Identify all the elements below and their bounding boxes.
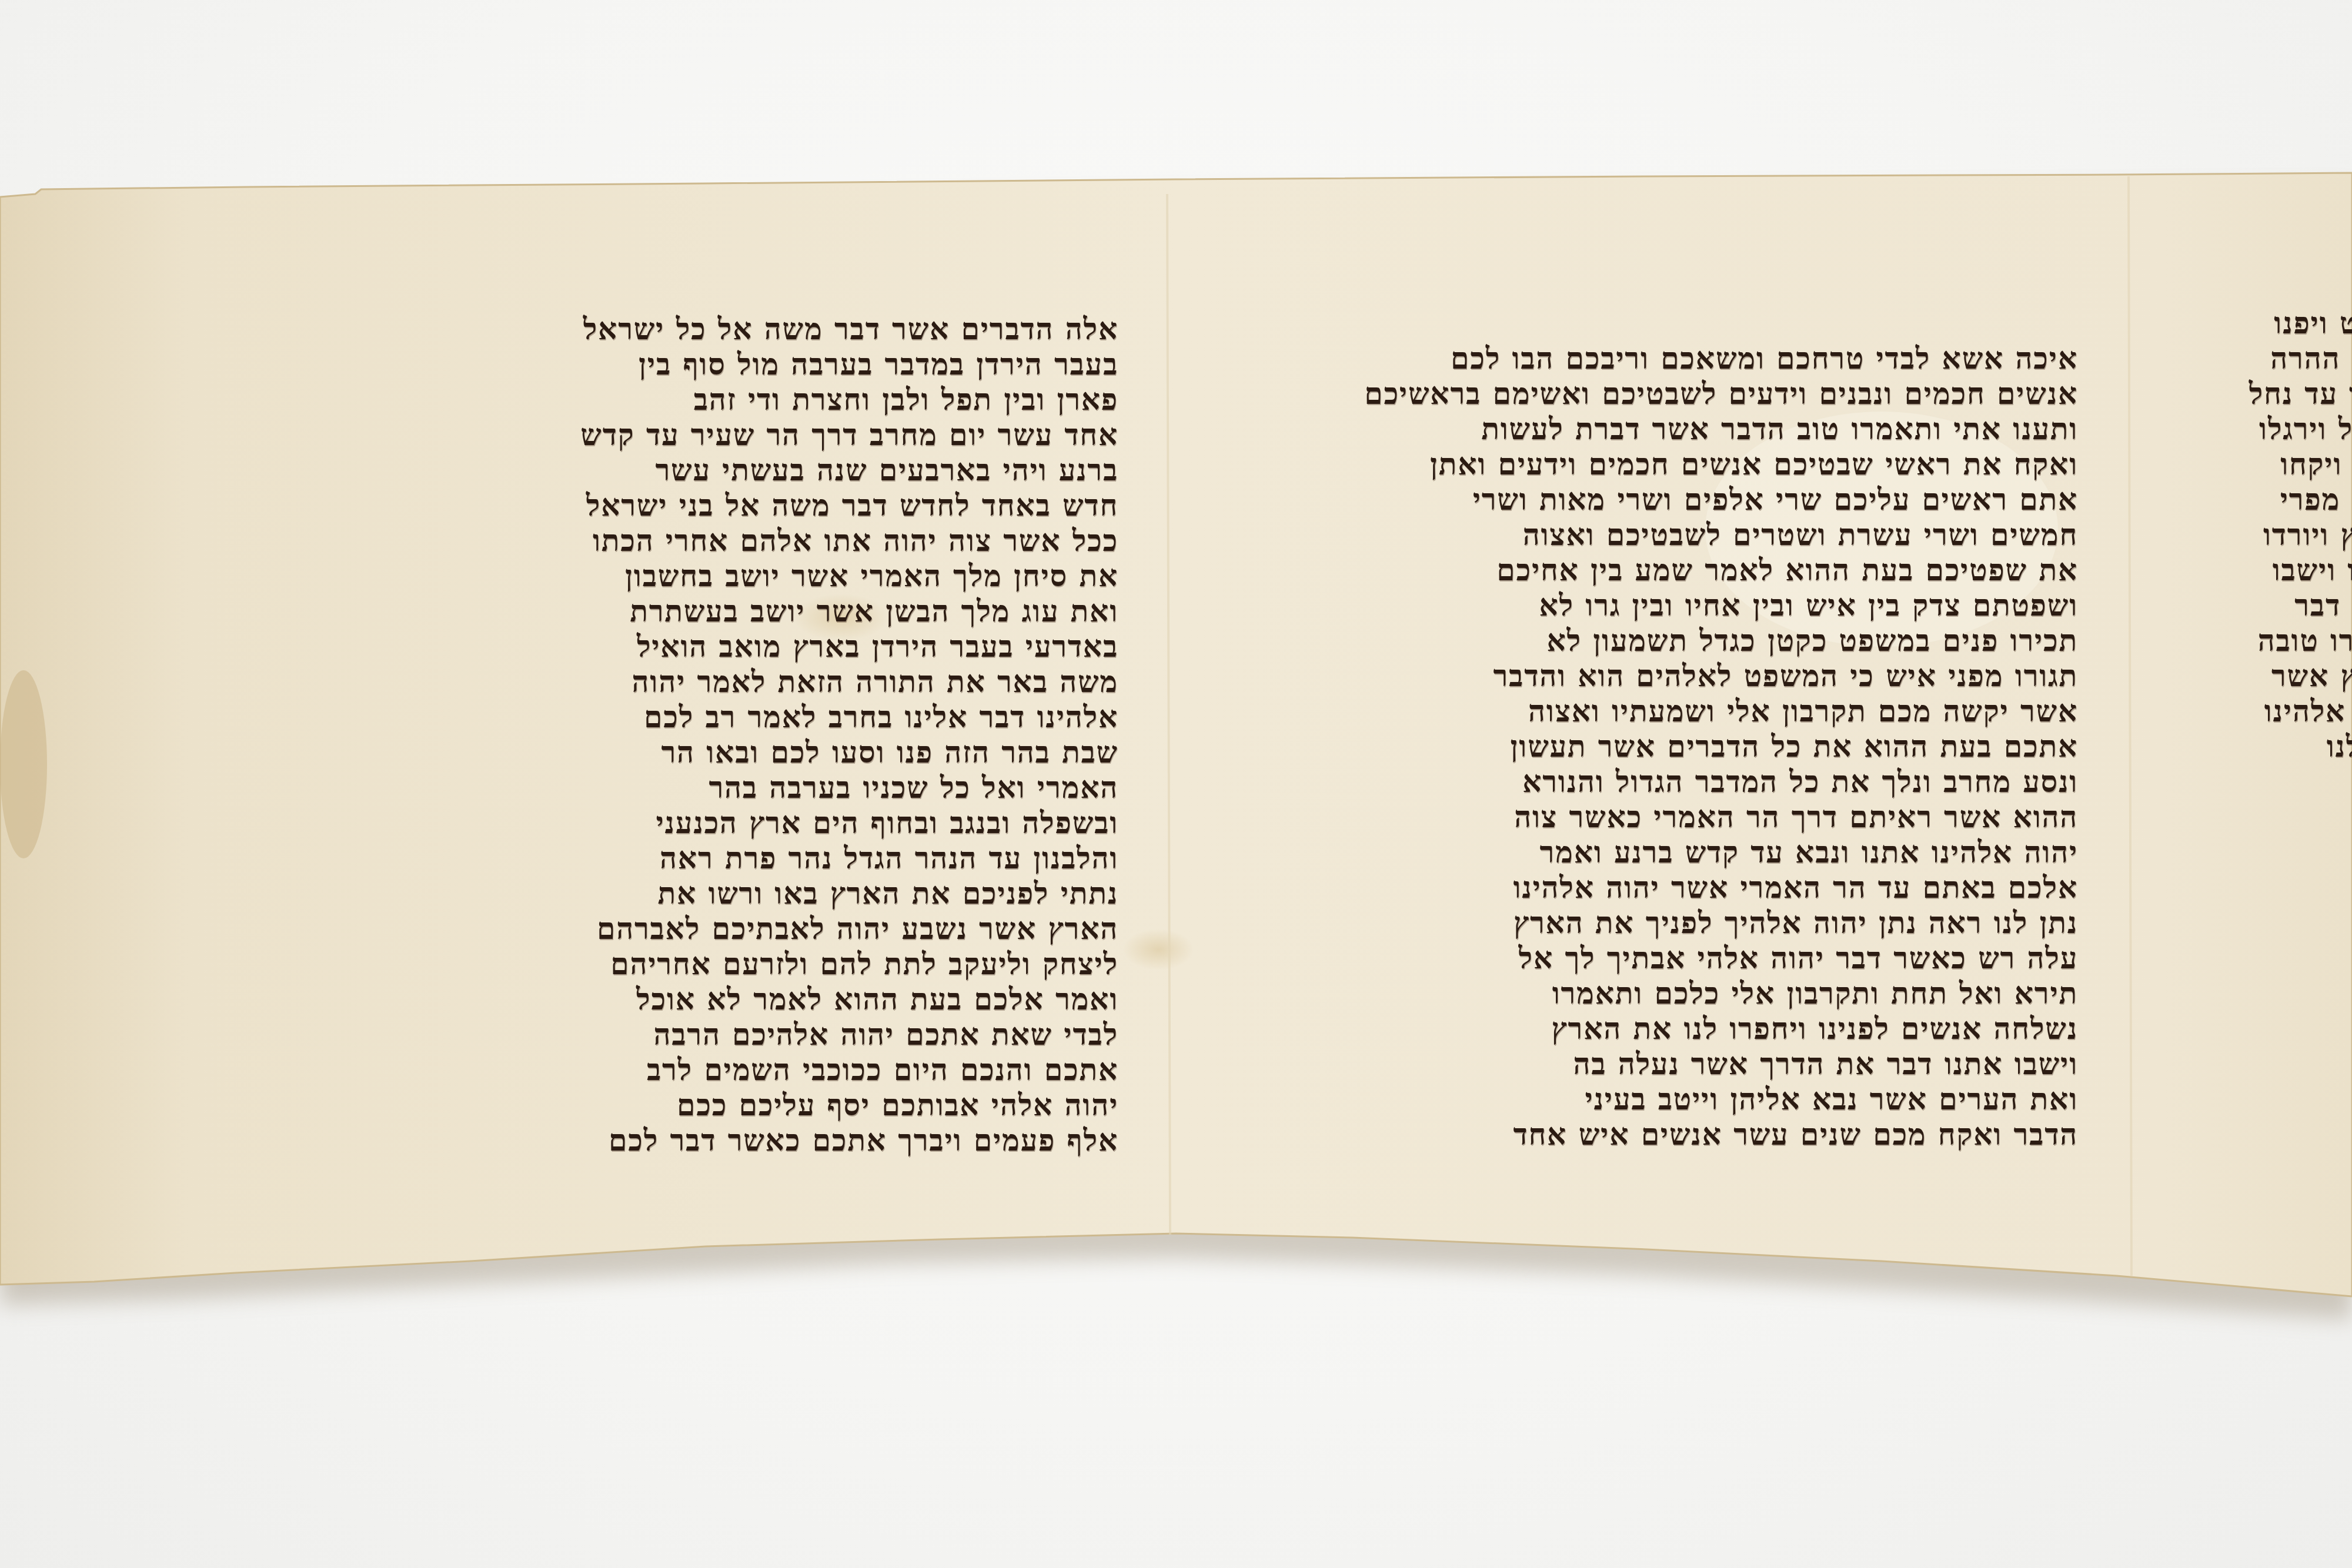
text-line: אלהינו דבר אלינו בחרב לאמר רב לכם xyxy=(644,700,1118,734)
text-line: פארן ובין תפל ולבן וחצרת ודי זהב xyxy=(694,382,1118,417)
text-column-right-partial: לשבט ויפנו ויעלו ההרה ויבאו עד נחל אשכל … xyxy=(2176,306,2352,1070)
text-line: חדש באחד לחדש דבר משה אל בני ישראל xyxy=(586,488,1118,523)
text-line: והלבנון עד הנהר הגדל נהר פרת ראה xyxy=(660,841,1118,875)
text-line: נתן לנו xyxy=(2327,729,2352,764)
text-line: את סיחן מלך האמרי אשר יושב בחשבון xyxy=(625,559,1118,593)
text-line: תירא ואל תחת ותקרבון אלי כלכם ותאמרו xyxy=(1552,976,2078,1011)
text-line: ויאמרו טובה xyxy=(2258,623,2352,658)
text-line: ואקח את ראשי שבטיכם אנשים חכמים וידעים ו… xyxy=(1430,447,2078,482)
text-line: הארץ אשר נשבע יהוה לאבתיכם לאברהם xyxy=(597,911,1118,946)
text-line: נשלחה אנשים לפנינו ויחפרו לנו את הארץ xyxy=(1552,1011,2078,1046)
text-line: ההוא אשר ראיתם דרך הר האמרי כאשר צוה xyxy=(1514,800,2078,834)
text-line: בעבר הירדן במדבר בערבה מול סוף בין xyxy=(639,347,1118,382)
text-line: ואת עוג מלך הבשן אשר יושב בעשתרת xyxy=(630,594,1118,628)
text-line: אלכם באתם עד הר האמרי אשר יהוה אלהינו xyxy=(1513,870,2078,905)
text-line: ויעלו ההרה xyxy=(2270,341,2352,376)
text-line: תגורו מפני איש כי המשפט לאלהים הוא והדבר xyxy=(1494,658,2078,693)
text-line: הדבר ואקח מכם שנים עשר אנשים איש אחד xyxy=(1513,1117,2078,1152)
text-line: נתתי לפניכם את הארץ באו ורשו את xyxy=(657,876,1118,911)
text-line: לבדי שאת אתכם יהוה אלהיכם הרבה xyxy=(653,1017,1118,1052)
text-line: באדרעי בעבר הירדן בארץ מואב הואיל xyxy=(637,629,1118,664)
text-line: אחד עשר יום מחרב דרך הר שעיר עד קדש xyxy=(580,417,1118,452)
text-line: הארץ ויורדו xyxy=(2263,517,2352,552)
text-column-middle: איכה אשא לבדי טרחכם ומשאכם וריבכם הבו לכ… xyxy=(1222,341,2078,1164)
text-line: חמשים ושרי עשרת ושטרים לשבטיכם ואצוה xyxy=(1523,517,2078,552)
text-line: אתכם בעת ההוא את כל הדברים אשר תעשון xyxy=(1511,729,2078,764)
text-line: ונסע מחרב ונלך את כל המדבר הגדול והנורא xyxy=(1522,764,2078,799)
text-line: ותענו אתי ותאמרו טוב הדבר אשר דברת לעשות xyxy=(1481,412,2078,446)
text-line: יהוה אלהינו xyxy=(2264,694,2352,728)
text-line: אלף פעמים ויברך אתכם כאשר דבר לכם xyxy=(609,1123,1118,1158)
text-line: אלה הדברים אשר דבר משה אל כל ישראל xyxy=(583,312,1118,346)
text-line: אלינו וישבו xyxy=(2273,553,2352,587)
text-line: שבת בהר הזה פנו וסעו לכם ובאו הר xyxy=(661,735,1118,770)
text-line: משה באר את התורה הזאת לאמר יהוה xyxy=(632,664,1118,699)
text-line: נתן לנו ראה נתן יהוה אלהיך לפניך את הארץ xyxy=(1514,905,2078,940)
text-line: את שפטיכם בעת ההוא לאמר שמע בין אחיכם xyxy=(1496,553,2078,587)
text-line: ליצחק וליעקב לתת להם ולזרעם אחריהם xyxy=(610,947,1118,981)
text-line: אשר יקשה מכם תקרבון אלי ושמעתיו ואצוה xyxy=(1528,694,2078,728)
text-line: איכה אשא לבדי טרחכם ומשאכם וריבכם הבו לכ… xyxy=(1451,341,2078,376)
text-line: יהוה אלהי אבותכם יסף עליכם ככם xyxy=(677,1088,1118,1122)
text-line: ככל אשר צוה יהוה אתו אלהם אחרי הכתו xyxy=(593,523,1118,558)
text-column-left: אלה הדברים אשר דבר משה אל כל ישראל בעבר … xyxy=(292,312,1118,1170)
text-line: בידם מפרי xyxy=(2280,482,2352,517)
text-line: אתם ראשים עליכם שרי אלפים ושרי מאות ושרי xyxy=(1473,482,2078,517)
text-line: אתה ויקחו xyxy=(2280,447,2352,482)
text-line: ברנע ויהי בארבעים שנה בעשתי עשר xyxy=(655,453,1118,487)
text-line: ובשפלה ובנגב ובחוף הים ארץ הכנעני xyxy=(656,805,1118,840)
text-line: אתכם והנכם היום ככוכבי השמים לרב xyxy=(647,1052,1118,1087)
text-line: ואמר אלכם בעת ההוא לאמר לא אוכל xyxy=(636,982,1118,1017)
text-line: עלה רש כאשר דבר יהוה אלהי אבתיך לך אל xyxy=(1519,941,2078,975)
text-line: ושפטתם צדק בין איש ובין אחיו ובין גרו לא xyxy=(1539,588,2078,623)
text-line: האמרי ואל כל שכניו בערבה בהר xyxy=(709,770,1118,805)
text-line: ויבאו עד נחל xyxy=(2249,376,2352,411)
text-line: אנשים חכמים ונבנים וידעים לשבטיכם ואשימם… xyxy=(1364,376,2078,411)
text-line: אתנו דבר xyxy=(2294,588,2352,623)
text-line: תכירו פנים במשפט כקטן כגדל תשמעון לא xyxy=(1546,623,2078,658)
text-line: יהוה אלהינו אתנו ונבא עד קדש ברנע ואמר xyxy=(1540,835,2078,870)
text-line: אשכל וירגלו xyxy=(2259,412,2352,446)
text-line: לשבט ויפנו xyxy=(2274,306,2352,340)
text-line: הארץ אשר xyxy=(2271,658,2352,693)
text-line: ואת הערים אשר נבא אליהן וייטב בעיני xyxy=(1585,1082,2078,1116)
text-line: וישבו אתנו דבר את הדרך אשר נעלה בה xyxy=(1573,1047,2078,1081)
